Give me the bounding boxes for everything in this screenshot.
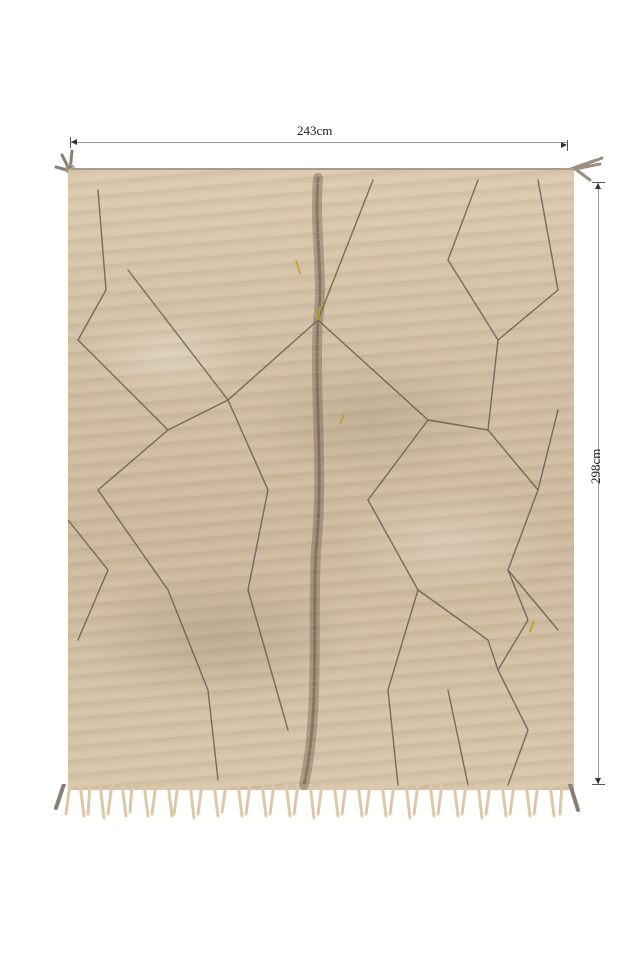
height-label: 298cm: [588, 449, 604, 484]
width-label: 243cm: [297, 123, 332, 139]
arrow-up-icon: [595, 183, 601, 189]
width-dimension-line: [70, 142, 568, 143]
rug-image: [68, 168, 574, 790]
rug-fringe: [50, 784, 590, 824]
width-tick-right: [567, 140, 568, 151]
height-tick-bottom: [592, 784, 605, 785]
rug-pattern: [68, 170, 574, 790]
